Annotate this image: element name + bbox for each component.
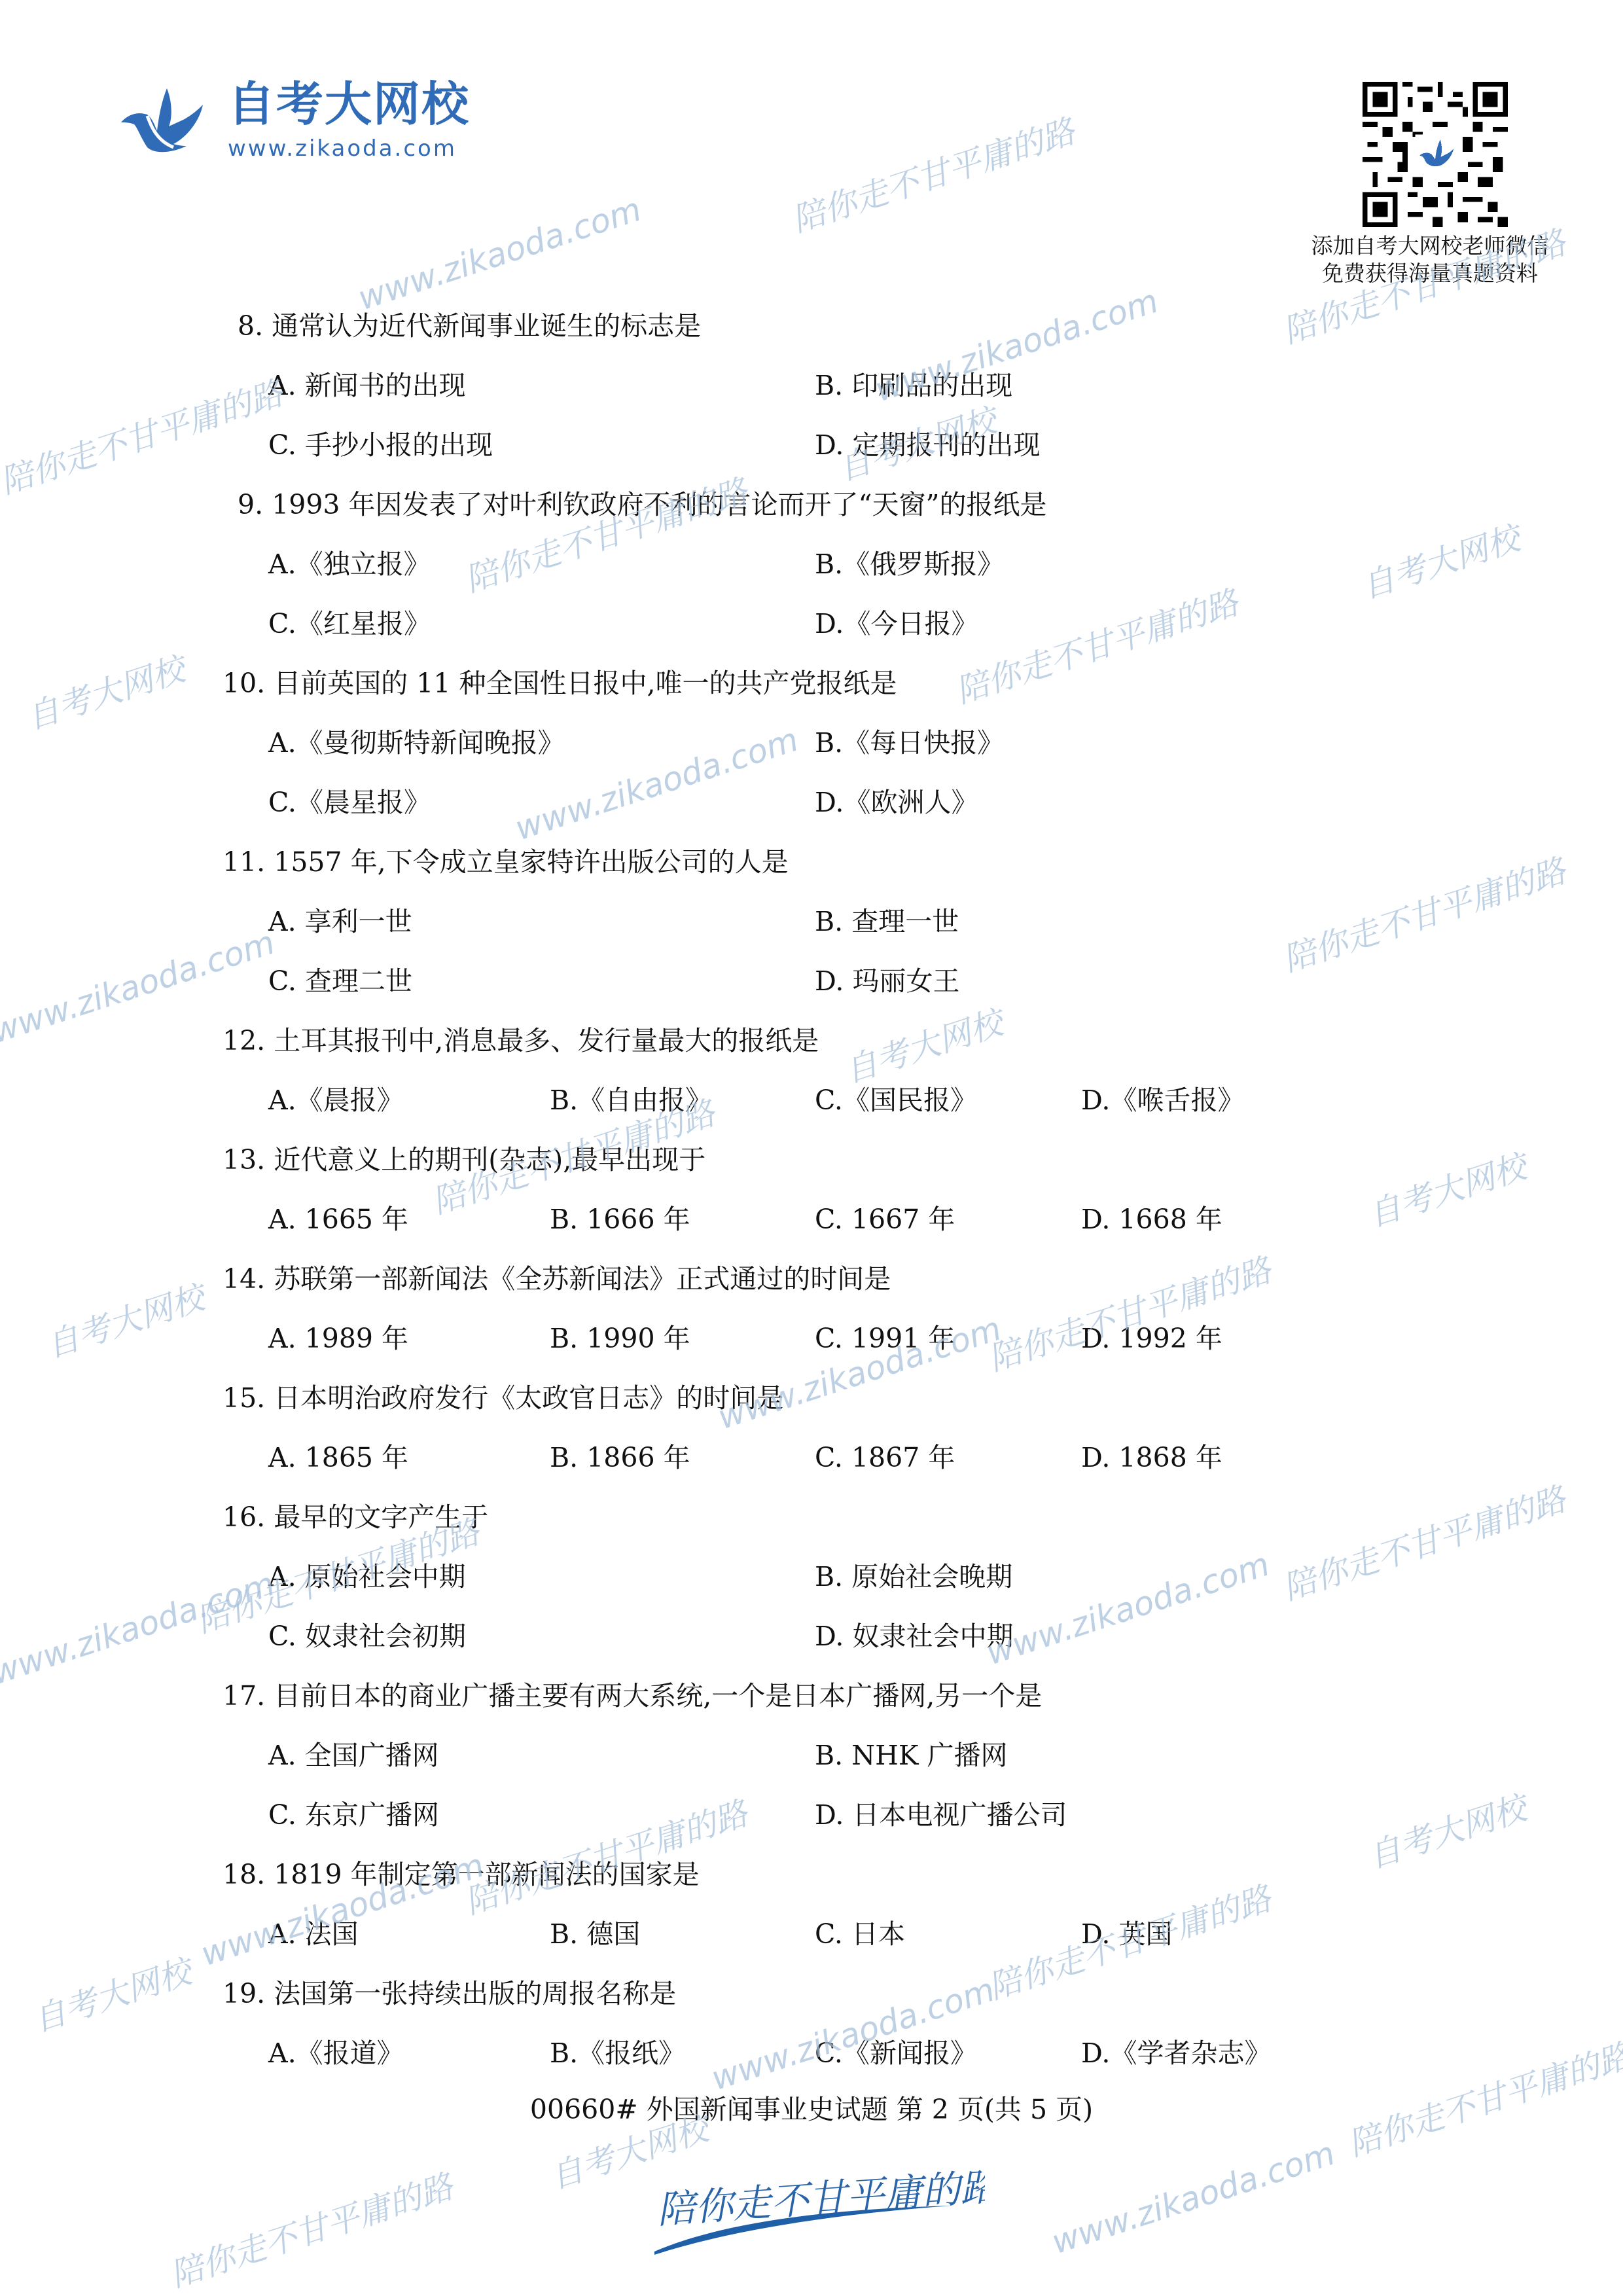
watermark-text: 自考大网校 xyxy=(838,997,1008,1092)
watermark-text: 陪你走不甘平庸的路 xyxy=(164,2161,458,2296)
option-18d: D. 英国 xyxy=(1081,1912,1172,1951)
question-8: 8. 通常认为近代新闻事业诞生的标志是 xyxy=(238,304,701,343)
question-9: 9. 1993 年因发表了对叶利钦政府不利的言论而开了“天窗”的报纸是 xyxy=(238,483,1046,522)
watermark-text: 自考大网校 xyxy=(1361,1141,1531,1236)
option-13d: D. 1668 年 xyxy=(1081,1198,1222,1236)
option-10a: A.《曼彻斯特新闻晚报》 xyxy=(268,721,565,760)
option-18b: B. 德国 xyxy=(550,1912,640,1951)
question-11: 11. 1557 年,下令成立皇家特许出版公司的人是 xyxy=(223,840,789,879)
option-13c: C. 1667 年 xyxy=(815,1198,955,1236)
option-19c: C.《新闻报》 xyxy=(815,2032,977,2070)
option-13b: B. 1666 年 xyxy=(550,1198,690,1236)
option-15b: B. 1866 年 xyxy=(550,1436,690,1475)
option-17a: A. 全国广播网 xyxy=(268,1734,439,1772)
watermark-text: 陪你走不甘平庸的路 xyxy=(1276,1473,1571,1609)
watermark-text: 自考大网校 xyxy=(1361,1782,1531,1878)
option-14a: A. 1989 年 xyxy=(268,1317,408,1355)
watermark-text: 自考大网校 xyxy=(1355,512,1525,608)
option-15d: D. 1868 年 xyxy=(1081,1436,1222,1475)
option-11c: C. 查理二世 xyxy=(268,960,412,998)
svg-text:陪你走不甘平庸的路!: 陪你走不甘平庸的路! xyxy=(656,2166,985,2233)
option-9b: B.《俄罗斯报》 xyxy=(815,543,1004,581)
qr-code xyxy=(1363,82,1508,227)
watermark-text: 自考大网校 xyxy=(26,1946,196,2041)
option-12a: A.《晨报》 xyxy=(268,1079,404,1117)
option-13a: A. 1665 年 xyxy=(268,1198,408,1236)
option-16a: A. 原始社会中期 xyxy=(268,1555,466,1594)
watermark-text: www.zikaoda.com xyxy=(1047,2134,1340,2261)
option-16c: C. 奴隶社会初期 xyxy=(268,1615,466,1653)
option-8b: B. 印刷品的出现 xyxy=(815,364,1012,403)
option-16b: B. 原始社会晚期 xyxy=(815,1555,1012,1594)
option-12d: D.《喉舌报》 xyxy=(1081,1079,1244,1117)
option-11d: D. 玛丽女王 xyxy=(815,960,959,998)
watermark-text: 陪你走不甘平庸的路 xyxy=(949,577,1243,713)
bird-logo-icon xyxy=(111,75,209,167)
question-18: 18. 1819 年制定第一部新闻法的国家是 xyxy=(223,1853,700,1892)
option-18c: C. 日本 xyxy=(815,1912,905,1951)
option-14d: D. 1992 年 xyxy=(1081,1317,1222,1355)
option-14b: B. 1990 年 xyxy=(550,1317,690,1355)
option-12b: B.《自由报》 xyxy=(550,1079,712,1117)
option-16d: D. 奴隶社会中期 xyxy=(815,1615,1013,1653)
question-12: 12. 土耳其报刊中,消息最多、发行量最大的报纸是 xyxy=(223,1019,819,1058)
option-9a: A.《独立报》 xyxy=(268,543,431,581)
option-19b: B.《报纸》 xyxy=(550,2032,685,2070)
option-17b: B. NHK 广播网 xyxy=(815,1734,1008,1772)
option-8d: D. 定期报刊的出现 xyxy=(815,423,1040,462)
question-19: 19. 法国第一张持续出版的周报名称是 xyxy=(223,1972,676,2011)
option-17c: C. 东京广播网 xyxy=(268,1793,439,1832)
option-17d: D. 日本电视广播公司 xyxy=(815,1793,1067,1832)
question-16: 16. 最早的文字产生于 xyxy=(223,1496,488,1534)
option-19a: A.《报道》 xyxy=(268,2032,404,2070)
watermark-text: www.zikaoda.com xyxy=(982,1545,1274,1672)
option-15a: A. 1865 年 xyxy=(268,1436,408,1475)
question-14: 14. 苏联第一部新闻法《全苏新闻法》正式通过的时间是 xyxy=(223,1257,891,1296)
option-15c: C. 1867 年 xyxy=(815,1436,955,1475)
qr-caption-line2: 免费获得海量真题资料 xyxy=(1309,260,1551,287)
watermark-text: www.zikaoda.com xyxy=(0,1565,279,1692)
question-13: 13. 近代意义上的期刊(杂志),最早出现于 xyxy=(223,1138,705,1177)
slogan-calligraphy: 陪你走不甘平庸的路! xyxy=(645,2166,985,2258)
option-9d: D.《今日报》 xyxy=(815,602,978,641)
watermark-text: 自考大网校 xyxy=(20,643,190,739)
option-10c: C.《晨星报》 xyxy=(268,781,431,819)
question-15: 15. 日本明治政府发行《太政官日志》的时间是 xyxy=(223,1376,783,1415)
option-10d: D.《欧洲人》 xyxy=(815,781,978,819)
question-17: 17. 目前日本的商业广播主要有两大系统,一个是日本广播网,另一个是 xyxy=(223,1674,1042,1713)
watermark-text: 陪你走不甘平庸的路 xyxy=(785,105,1080,242)
option-9c: C.《红星报》 xyxy=(268,602,431,641)
logo-url: www.zikaoda.com xyxy=(228,135,470,162)
option-14c: C. 1991 年 xyxy=(815,1317,955,1355)
option-18a: A. 法国 xyxy=(268,1912,359,1951)
page-footer: 00660# 外国新闻事业史试题 第 2 页(共 5 页) xyxy=(0,2088,1623,2126)
option-11b: B. 查理一世 xyxy=(815,900,959,939)
logo-title: 自考大网校 xyxy=(228,81,470,128)
watermark-text: www.zikaoda.com xyxy=(353,190,646,317)
site-logo: 自考大网校 www.zikaoda.com xyxy=(111,75,470,167)
option-8a: A. 新闻书的出现 xyxy=(268,364,466,403)
qr-caption: 添加自考大网校老师微信 免费获得海量真题资料 xyxy=(1309,232,1551,287)
option-19d: D.《学者杂志》 xyxy=(1081,2032,1271,2070)
option-10b: B.《每日快报》 xyxy=(815,721,1004,760)
watermark-text: 陪你走不甘平庸的路 xyxy=(1276,845,1571,981)
option-12c: C.《国民报》 xyxy=(815,1079,977,1117)
option-11a: A. 享利一世 xyxy=(268,900,412,939)
watermark-text: 自考大网校 xyxy=(39,1272,209,1367)
question-10: 10. 目前英国的 11 种全国性日报中,唯一的共产党报纸是 xyxy=(223,662,897,700)
option-8c: C. 手抄小报的出现 xyxy=(268,423,493,462)
watermark-text: 陪你走不甘平庸的路 xyxy=(982,1244,1276,1380)
qr-caption-line1: 添加自考大网校老师微信 xyxy=(1309,232,1551,260)
